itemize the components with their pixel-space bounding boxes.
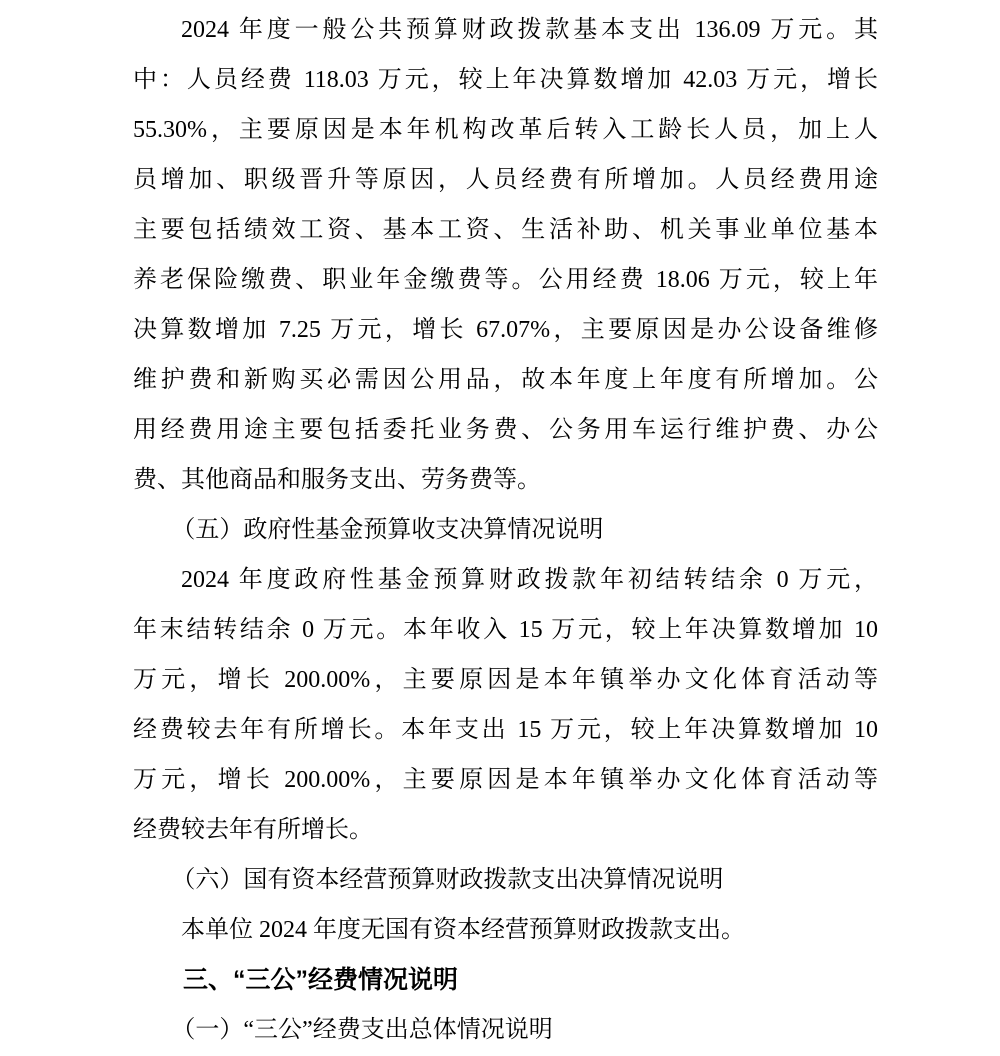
text-line: （六）国有资本经营预算财政拨款支出决算情况说明 — [133, 855, 878, 905]
text-line: （五）政府性基金预算收支决算情况说明 — [133, 505, 878, 555]
text-line: 经费较去年有所增长。本年支出 15 万元，较上年决算数增加 10 — [133, 705, 878, 755]
text-line: 三、“三公”经费情况说明 — [133, 955, 878, 1005]
text-line: 万元，增长 200.00%，主要原因是本年镇举办文化体育活动等 — [133, 655, 878, 705]
text-line: 经费较去年有所增长。 — [133, 805, 878, 855]
text-line: 2024 年度政府性基金预算财政拨款年初结转结余 0 万元， — [133, 555, 878, 605]
text-line: 本单位 2024 年度无国有资本经营预算财政拨款支出。 — [133, 905, 878, 955]
document-page: 2024 年度一般公共预算财政拨款基本支出 136.09 万元。其中：人员经费 … — [0, 0, 1000, 1056]
text-line: 55.30%，主要原因是本年机构改革后转入工龄长人员，加上人 — [133, 105, 878, 155]
text-line: 中：人员经费 118.03 万元，较上年决算数增加 42.03 万元，增长 — [133, 55, 878, 105]
text-line: 2024 年度一般公共预算财政拨款基本支出 136.09 万元。其 — [133, 5, 878, 55]
text-line: 主要包括绩效工资、基本工资、生活补助、机关事业单位基本 — [133, 205, 878, 255]
text-line: （一）“三公”经费支出总体情况说明 — [133, 1005, 878, 1055]
text-line: 年末结转结余 0 万元。本年收入 15 万元，较上年决算数增加 10 — [133, 605, 878, 655]
text-line: 用经费用途主要包括委托业务费、公务用车运行维护费、办公 — [133, 405, 878, 455]
text-line: 费、其他商品和服务支出、劳务费等。 — [133, 455, 878, 505]
document-content: 2024 年度一般公共预算财政拨款基本支出 136.09 万元。其中：人员经费 … — [133, 5, 878, 1055]
text-line: 养老保险缴费、职业年金缴费等。公用经费 18.06 万元，较上年 — [133, 255, 878, 305]
text-line: 万元，增长 200.00%，主要原因是本年镇举办文化体育活动等 — [133, 755, 878, 805]
text-line: 决算数增加 7.25 万元，增长 67.07%，主要原因是办公设备维修 — [133, 305, 878, 355]
text-line: 员增加、职级晋升等原因，人员经费有所增加。人员经费用途 — [133, 155, 878, 205]
text-line: 维护费和新购买必需因公用品，故本年度上年度有所增加。公 — [133, 355, 878, 405]
